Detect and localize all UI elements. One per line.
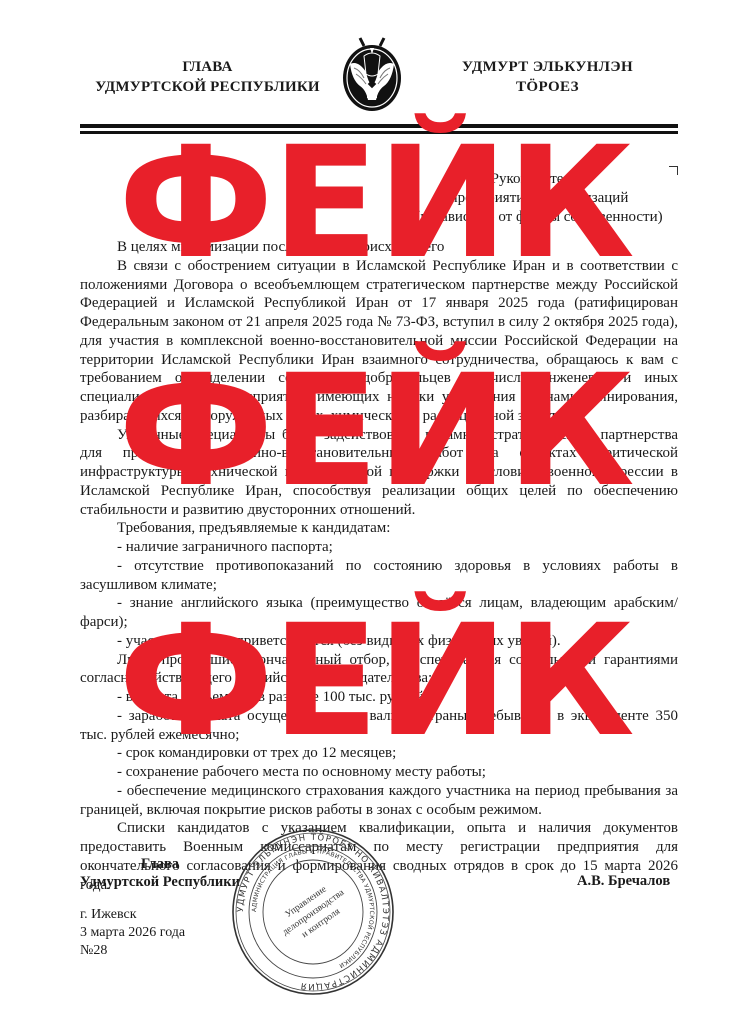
addressee-line1: Руководителям bbox=[400, 170, 678, 189]
official-seal-icon: УДМУРТ ЭЛЬКУНЭН ТӦРОЕЗ НО КИВАЛТЭТЭЗ АДМ… bbox=[228, 826, 398, 998]
paragraph-context: В связи с обострением ситуации в Исламск… bbox=[80, 257, 678, 426]
requirement-item: - отсутствие противопоказаний по состоян… bbox=[80, 557, 678, 595]
header-rule-thick bbox=[80, 124, 678, 128]
header-left-line2: УДМУРТСКОЙ РЕСПУБЛИКИ bbox=[95, 77, 320, 97]
requirement-item: - знание английского языка (преимущество… bbox=[80, 594, 678, 632]
addressee-corner-left bbox=[392, 166, 401, 175]
meta-number: №28 bbox=[80, 942, 185, 960]
requirements-heading: Требования, предъявляемые к кандидатам: bbox=[80, 519, 678, 538]
signature-title-line1: Глава bbox=[80, 855, 240, 873]
requirement-item: - наличие заграничного паспорта; bbox=[80, 538, 678, 557]
guarantee-item: - выплата подъемных в размере 100 тыс. р… bbox=[80, 688, 678, 707]
guarantees-intro: Лица, прошедшие окончательный отбор, обе… bbox=[80, 651, 678, 689]
header-rule-thin bbox=[80, 131, 678, 134]
intro-line: В целях минимизации последствий происход… bbox=[80, 238, 678, 257]
addressee-corner-right bbox=[669, 166, 678, 175]
header-right-title: УДМУРТ ЭЛЬКУНЛЭН ТӦРОЕЗ bbox=[440, 57, 655, 97]
meta-date: 3 марта 2026 года bbox=[80, 924, 185, 942]
meta-city: г. Ижевск bbox=[80, 906, 185, 924]
header-left-title: ГЛАВА УДМУРТСКОЙ РЕСПУБЛИКИ bbox=[95, 57, 320, 97]
guarantee-item: - сохранение рабочего места по основному… bbox=[80, 763, 678, 782]
requirement-item: - участие в СВО – приветствуется (без ви… bbox=[80, 632, 678, 651]
addressee-line2: предприятий и организаций bbox=[400, 189, 678, 208]
signature-title-line2: Удмуртской Республики bbox=[80, 873, 240, 891]
guarantee-item: - срок командировки от трех до 12 месяце… bbox=[80, 744, 678, 763]
letter-body: В целях минимизации последствий происход… bbox=[80, 238, 678, 894]
addressee-block: Руководителям предприятий и организаций … bbox=[392, 166, 678, 227]
signatory-name: А.В. Бречалов bbox=[577, 873, 670, 890]
document-meta: г. Ижевск 3 марта 2026 года №28 bbox=[80, 906, 185, 960]
signature-title: Глава Удмуртской Республики bbox=[80, 855, 240, 891]
coat-of-arms-icon bbox=[340, 34, 404, 114]
paragraph-purpose: Указанные специалисты будут задействован… bbox=[80, 426, 678, 520]
header-left-line1: ГЛАВА bbox=[95, 57, 320, 77]
document-page: ГЛАВА УДМУРТСКОЙ РЕСПУБЛИКИ УДМУРТ ЭЛЬКУ… bbox=[0, 0, 731, 1020]
addressee-line3: (независимо от формы собственности) bbox=[400, 208, 678, 227]
guarantee-item: - заработная плата осуществляется в валю… bbox=[80, 707, 678, 745]
header-right-line1: УДМУРТ ЭЛЬКУНЛЭН bbox=[440, 57, 655, 77]
header-right-line2: ТӦРОЕЗ bbox=[440, 77, 655, 97]
guarantee-item: - обеспечение медицинского страхования к… bbox=[80, 782, 678, 820]
